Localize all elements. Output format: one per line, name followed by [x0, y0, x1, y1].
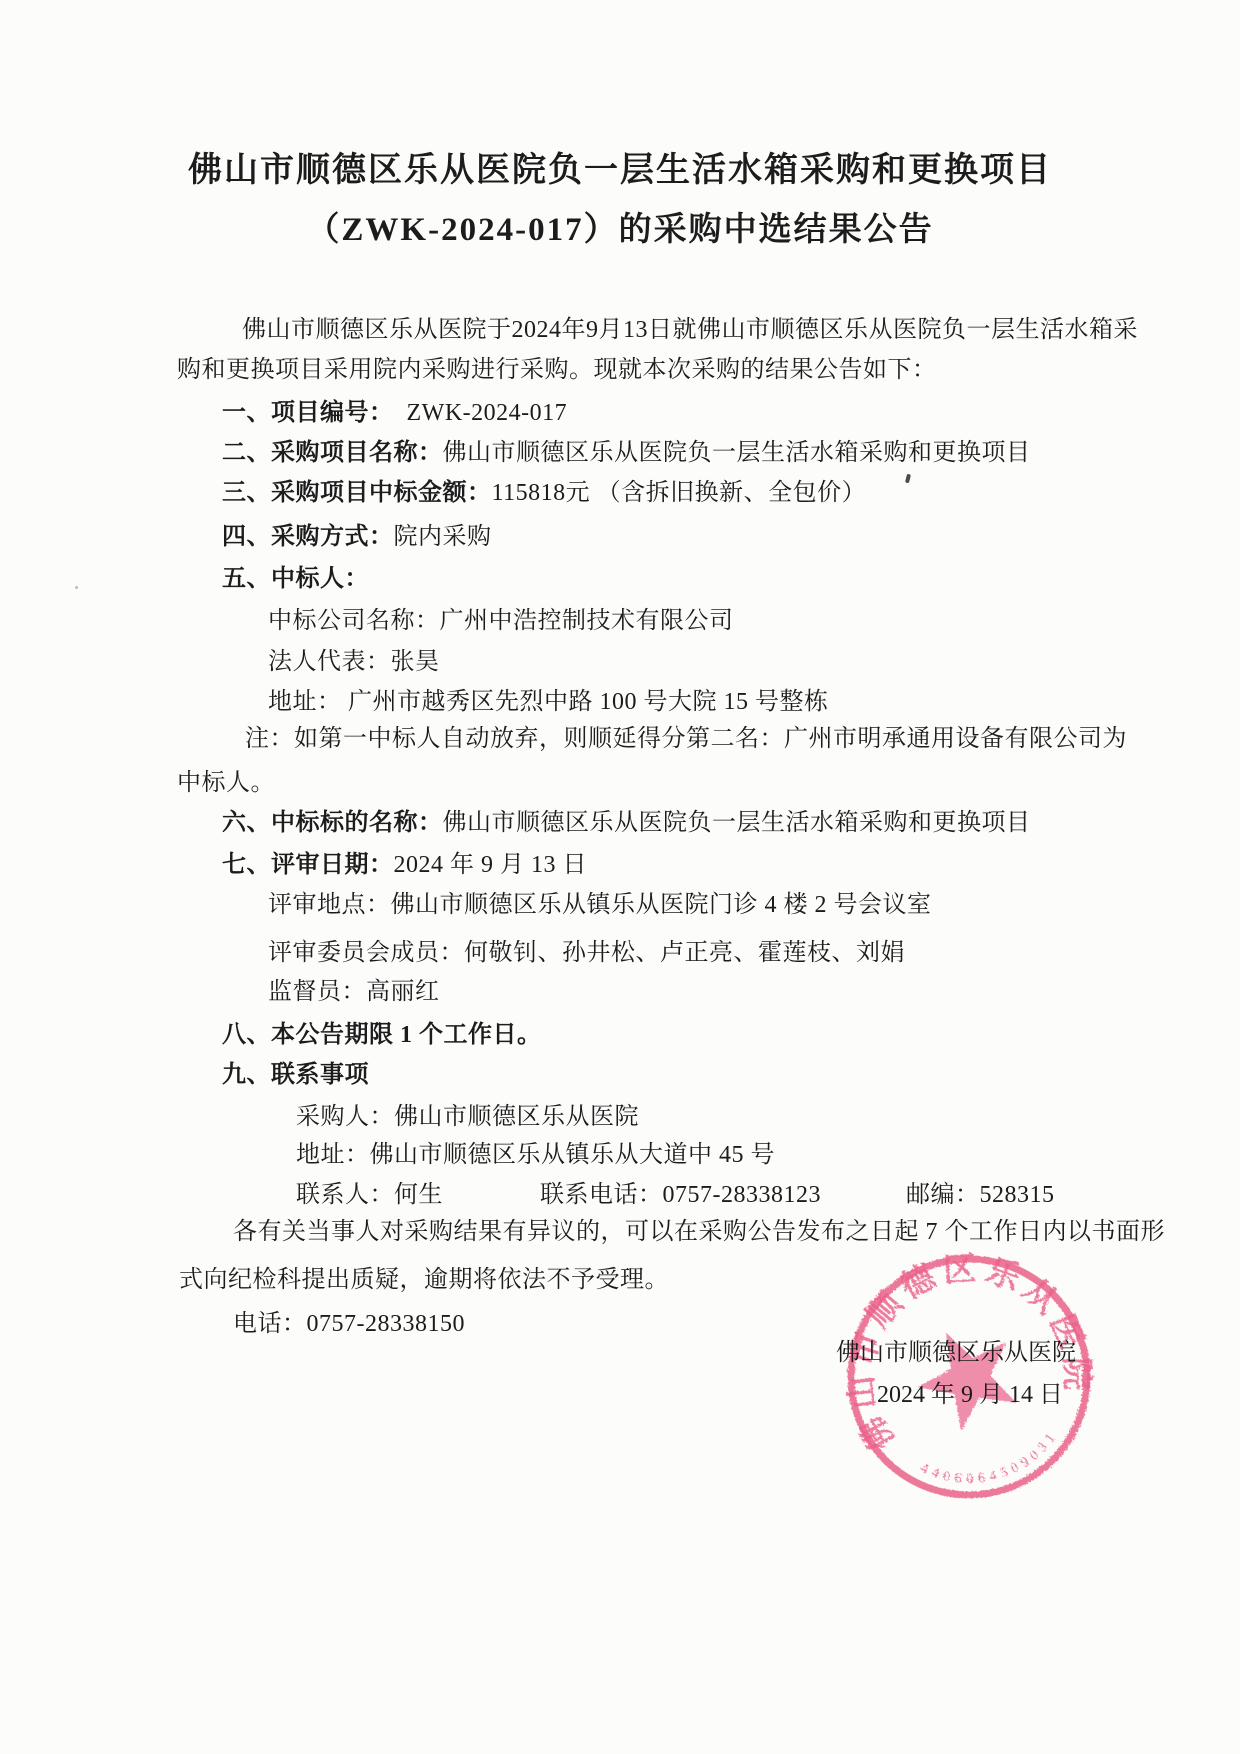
contact-person: 联系人：何生	[296, 1180, 443, 1210]
intro-line-1: 佛山市顺德区乐从医院于2024年9月13日就佛山市顺德区乐从医院负一层生活水箱采	[242, 315, 1138, 345]
item-contact-heading: 九、联系事项	[222, 1060, 369, 1090]
review-location-line: 评审地点：佛山市顺德区乐从镇乐从医院门诊 4 楼 2 号会议室	[268, 890, 932, 920]
item-award-subject: 六、中标标的名称：佛山市顺德区乐从医院负一层生活水箱采购和更换项目	[222, 808, 1031, 838]
signature-org: 佛山市顺德区乐从医院	[836, 1338, 1076, 1368]
official-seal-stamp: 佛山市顺德区乐从医院 4406064509031	[843, 1251, 1095, 1503]
item-project-name: 二、采购项目名称：佛山市顺德区乐从医院负一层生活水箱采购和更换项目	[222, 438, 1031, 468]
title-line-2: （ZWK-2024-017）的采购中选结果公告	[0, 203, 1240, 250]
review-supervisor-line: 监督员：高丽红	[268, 977, 440, 1007]
winner-note-line-2: 中标人。	[177, 768, 275, 798]
scan-dust	[75, 586, 78, 589]
item-value: 院内采购	[394, 524, 492, 550]
item-value: ZWK-2024-017	[394, 400, 568, 426]
item-label: 六、中标标的名称：	[222, 810, 443, 836]
contact-postcode: 邮编：528315	[906, 1180, 1055, 1210]
objection-line-2: 式向纪检科提出质疑，逾期将依法不予受理。	[179, 1265, 669, 1295]
item-notice-period: 八、本公告期限 1 个工作日。	[222, 1020, 542, 1050]
item-label: 七、评审日期：	[222, 852, 394, 878]
title-line-1: 佛山市顺德区乐从医院负一层生活水箱采购和更换项目	[0, 142, 1240, 191]
item-value: 佛山市顺德区乐从医院负一层生活水箱采购和更换项目	[443, 810, 1031, 836]
intro-line-2: 购和更换项目采用院内采购进行采购。现就本次采购的结果公告如下：	[177, 355, 937, 385]
stamp-inner-group: 佛山市顺德区乐从医院 4406064509031	[843, 1251, 1095, 1503]
winner-note-line-1: 注：如第一中标人自动放弃，则顺延得分第二名：广州市明承通用设备有限公司为	[245, 724, 1127, 754]
signature-date: 2024 年 9 月 14 日	[877, 1380, 1063, 1410]
stamp-star-icon	[906, 1318, 1026, 1439]
item-value: 2024 年 9 月 13 日	[394, 852, 588, 878]
ink-speck	[905, 474, 911, 484]
item-label: 一、项目编号：	[222, 400, 394, 426]
review-committee-line: 评审委员会成员：何敬钊、孙井松、卢正亮、霍莲枝、刘娟	[268, 938, 905, 968]
contact-phone: 联系电话：0757-28338123	[540, 1180, 821, 1210]
item-label: 八、本公告期限 1 个工作日。	[222, 1022, 542, 1048]
item-label: 五、中标人：	[222, 566, 369, 592]
winner-company-line: 中标公司名称：广州中浩控制技术有限公司	[268, 606, 734, 636]
item-value: 115818元 （含拆旧换新、全包价）	[492, 480, 867, 506]
item-value: 佛山市顺德区乐从医院负一层生活水箱采购和更换项目	[443, 440, 1031, 466]
contact-buyer-line: 采购人：佛山市顺德区乐从医院	[296, 1102, 639, 1132]
item-review-date: 七、评审日期：2024 年 9 月 13 日	[222, 850, 587, 880]
scanned-announcement-page: 佛山市顺德区乐从医院负一层生活水箱采购和更换项目 （ZWK-2024-017）的…	[0, 0, 1240, 1754]
item-label: 四、采购方式：	[222, 524, 394, 550]
item-label: 三、采购项目中标金额：	[222, 480, 492, 506]
winner-address-line: 地址： 广州市越秀区先烈中路 100 号大院 15 号整栋	[268, 687, 829, 717]
item-procurement-method: 四、采购方式：院内采购	[222, 522, 492, 552]
contact-address-line: 地址：佛山市顺德区乐从镇乐从大道中 45 号	[296, 1140, 775, 1170]
objection-line-1: 各有关当事人对采购结果有异议的，可以在采购公告发布之日起 7 个工作日内以书面形	[233, 1217, 1165, 1247]
item-winner-heading: 五、中标人：	[222, 564, 369, 594]
item-award-amount: 三、采购项目中标金额：115818元 （含拆旧换新、全包价）	[222, 478, 866, 508]
item-label: 九、联系事项	[222, 1062, 369, 1088]
contact-phone-2: 电话：0757-28338150	[233, 1309, 465, 1339]
item-label: 二、采购项目名称：	[222, 440, 443, 466]
winner-legal-rep-line: 法人代表：张昊	[268, 647, 440, 677]
item-project-number: 一、项目编号： ZWK-2024-017	[222, 398, 567, 428]
